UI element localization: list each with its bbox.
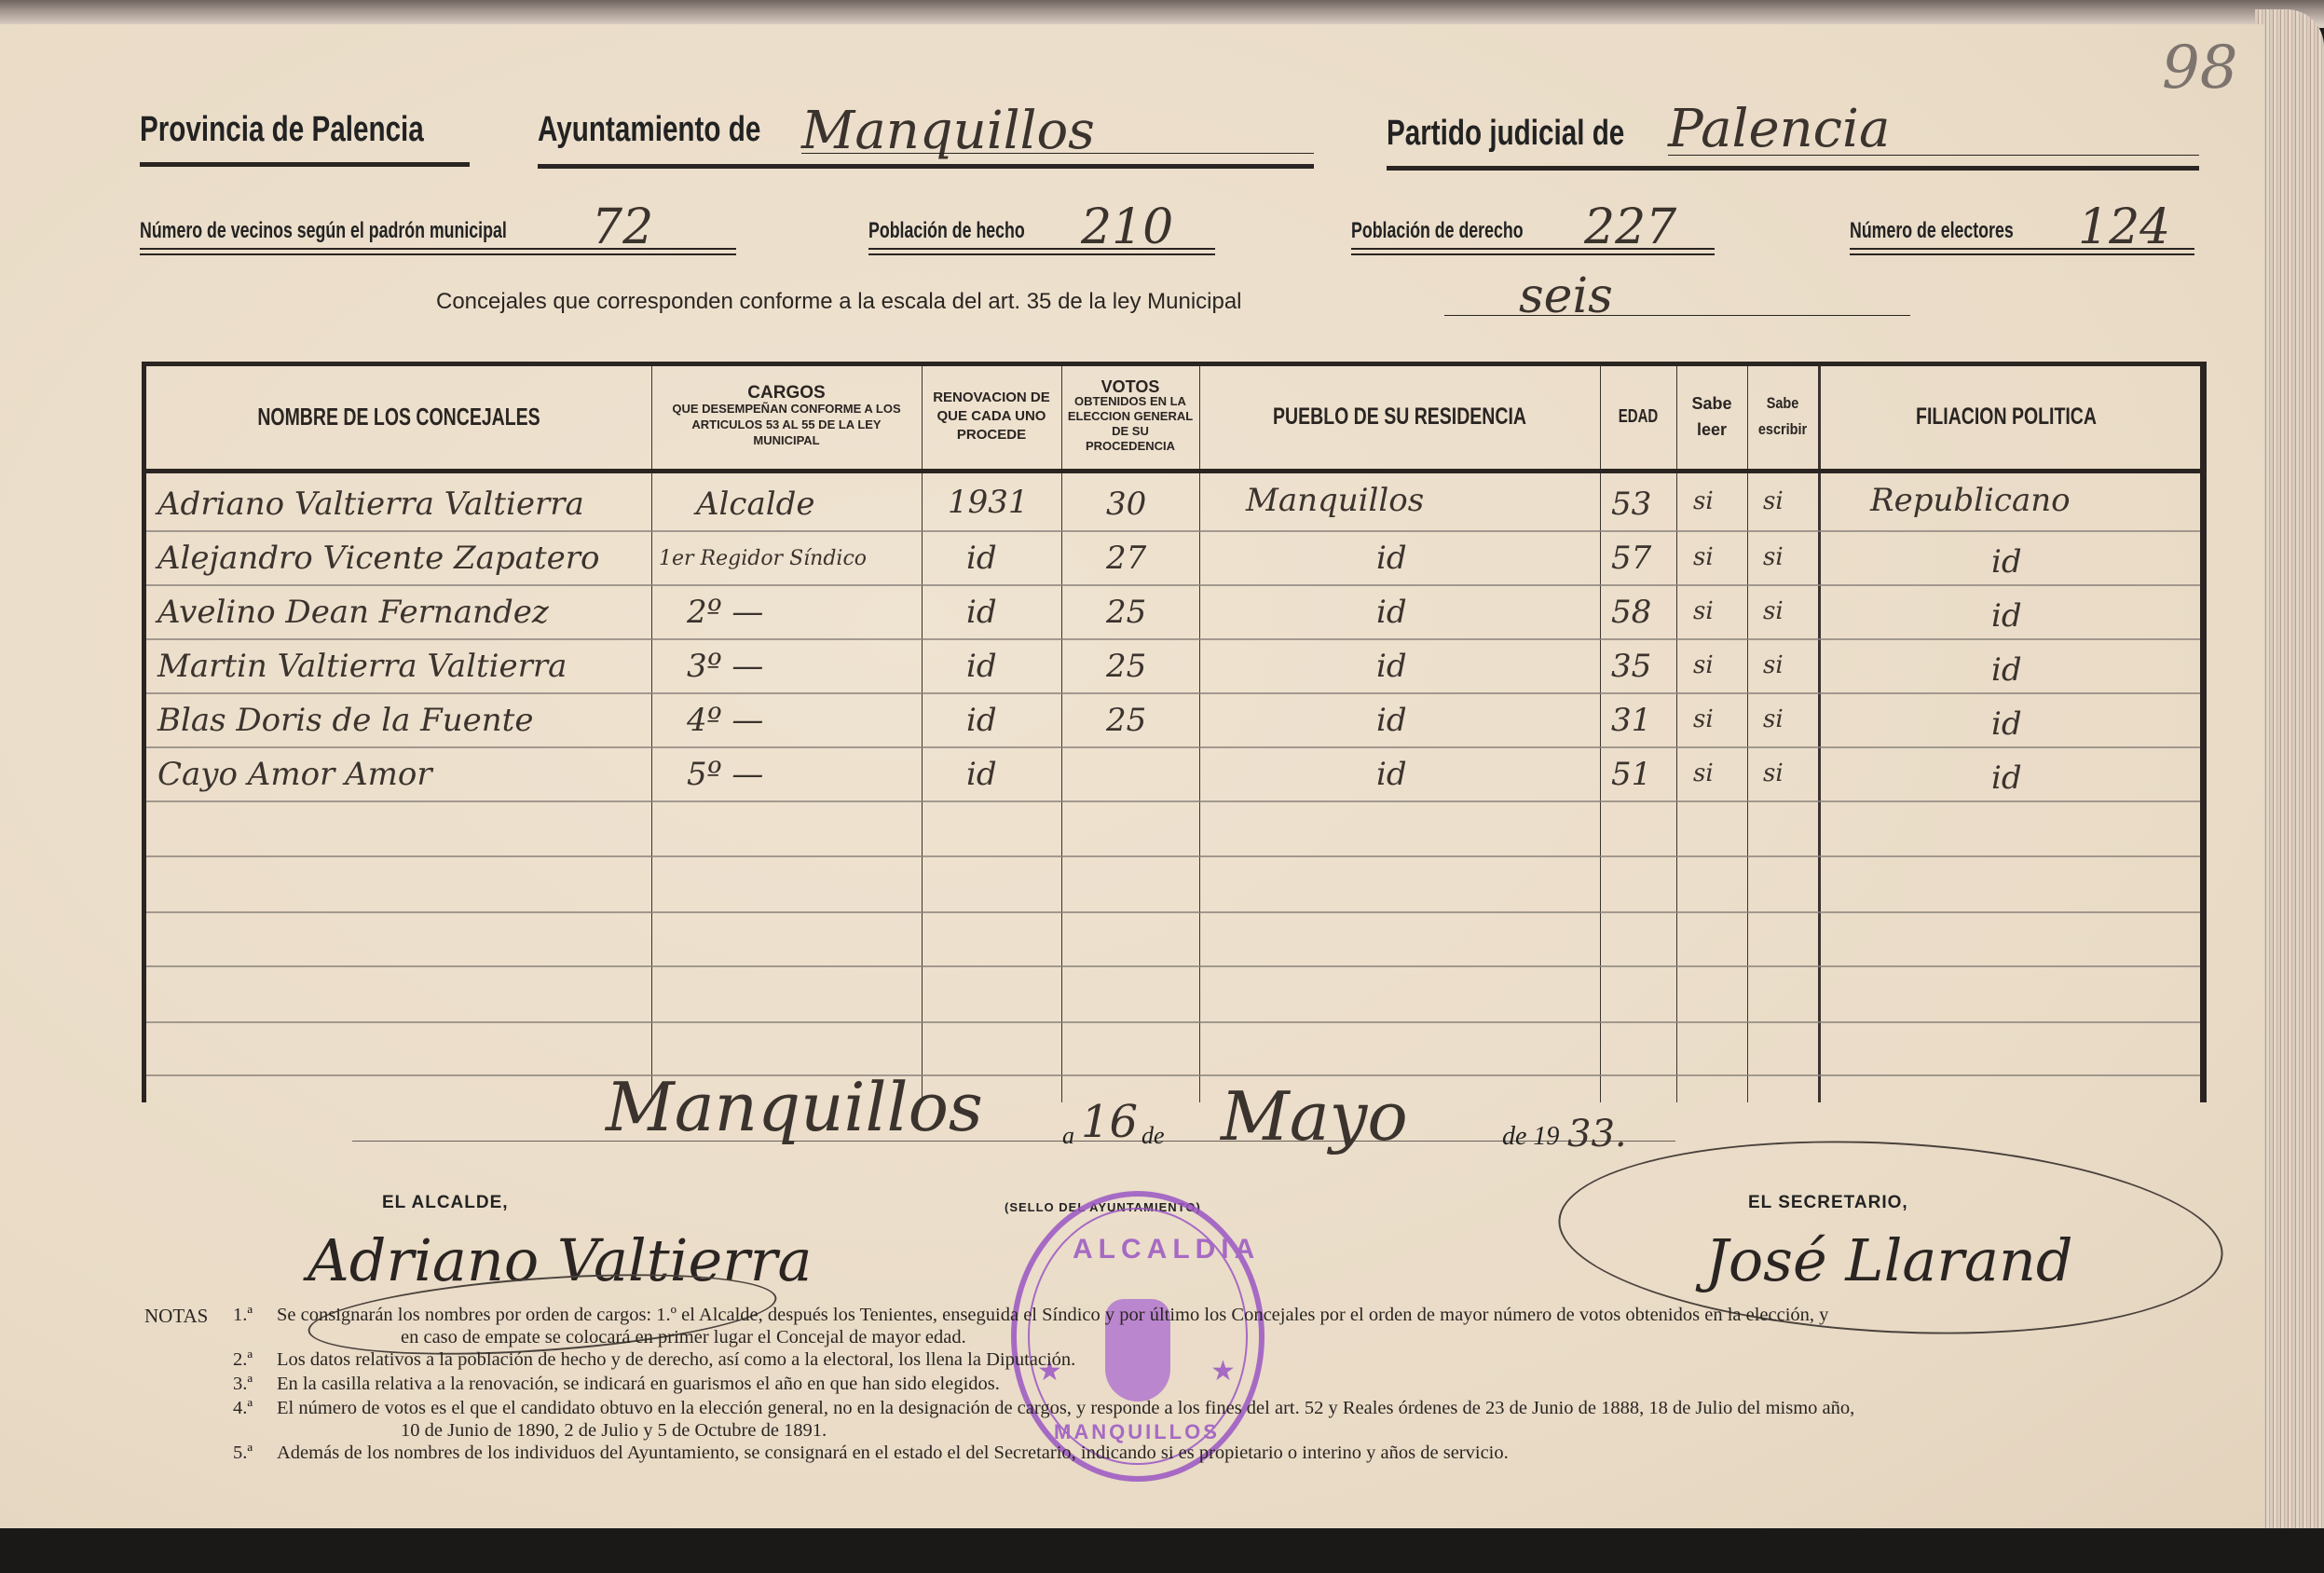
cell-edad: 51 <box>1611 756 1651 793</box>
concejales-value: seis <box>1519 268 1613 324</box>
col-header-renovacion: RENOVACION DE QUE CADA UNO PROCEDE <box>922 366 1061 467</box>
date-day: 16 <box>1081 1096 1138 1148</box>
cell-votos: 27 <box>1106 540 1146 577</box>
row-line <box>146 746 2200 748</box>
row-line <box>146 1021 2200 1023</box>
ayuntamiento-underline <box>538 164 1314 169</box>
cell-votos: 25 <box>1106 594 1146 631</box>
note-text: El número de votos es el que el candidat… <box>277 1398 1854 1419</box>
ayuntamiento-fill-line <box>801 153 1314 154</box>
row-line <box>146 692 2200 694</box>
vecinos-value: 72 <box>592 199 653 255</box>
header-bottom-bar <box>146 469 2200 473</box>
note-text-cont: en caso de empate se colocará en primer … <box>401 1327 966 1348</box>
cell-escribir: si <box>1763 543 1784 571</box>
note-text: Los datos relativos a la población de he… <box>277 1349 1075 1371</box>
alcalde-label: EL ALCALDE, <box>382 1193 509 1213</box>
cargos-title: CARGOS <box>747 385 825 401</box>
cell-filiacion: id <box>1991 597 2022 635</box>
star-icon: ★ <box>1210 1355 1236 1388</box>
concejales-fill-line <box>1444 315 1910 316</box>
cell-votos: 30 <box>1106 486 1146 523</box>
stamp-top-text: ALCALDIA <box>1073 1234 1260 1265</box>
cell-nombre: Blas Doris de la Fuente <box>157 702 533 739</box>
page-number: 98 <box>2162 34 2237 103</box>
cell-renovacion: id <box>966 648 997 685</box>
page-edges <box>2255 9 2324 1538</box>
col-header-cargos: CARGOS QUE DESEMPEÑAN CONFORME A LOS ART… <box>651 366 922 467</box>
cell-escribir: si <box>1763 487 1784 515</box>
background-surface <box>0 1528 2324 1573</box>
electores-rule-2 <box>1850 253 2194 255</box>
note-text: Se consignarán los nombres por orden de … <box>277 1305 1828 1326</box>
cell-filiacion: id <box>1991 543 2022 581</box>
derecho-rule-1 <box>1351 248 1715 250</box>
note-text: Además de los nombres de los individuos … <box>277 1443 1509 1464</box>
note-number: 5.ª <box>233 1443 253 1464</box>
row-line <box>146 530 2200 532</box>
cell-escribir: si <box>1763 759 1784 787</box>
cell-edad: 53 <box>1611 486 1651 523</box>
date-year-suffix: 33. <box>1567 1113 1627 1156</box>
col-line <box>1061 366 1062 1102</box>
electores-label: Número de electores <box>1850 218 2014 244</box>
cell-renovacion: id <box>966 702 997 739</box>
cell-leer: si <box>1693 651 1714 679</box>
poblacion-hecho-label: Población de hecho <box>868 218 1025 244</box>
row-line <box>146 800 2200 802</box>
row-line <box>146 1074 2200 1076</box>
vecinos-label: Número de vecinos según el padrón munici… <box>140 218 507 244</box>
cell-votos: 25 <box>1106 702 1146 739</box>
cell-nombre: Cayo Amor Amor <box>157 756 432 793</box>
cell-leer: si <box>1693 543 1714 571</box>
cell-renovacion: id <box>966 756 997 793</box>
cell-pueblo: Manquillos <box>1246 482 1424 519</box>
cell-cargo: 2º — <box>687 594 763 631</box>
ayuntamiento-stamp: ALCALDIA ★ ★ MANQUILLOS <box>1011 1191 1265 1482</box>
date-month: Mayo <box>1221 1077 1408 1156</box>
note-number: 1.ª <box>233 1305 253 1326</box>
poblacion-derecho-value: 227 <box>1584 199 1676 255</box>
cell-nombre: Adriano Valtierra Valtierra <box>157 486 584 523</box>
note-number: 4.ª <box>233 1398 253 1419</box>
partido-underline <box>1387 166 2199 171</box>
cell-pueblo: id <box>1376 540 1407 577</box>
document-page: 98 Provincia de Palencia Ayuntamiento de… <box>0 24 2264 1529</box>
cell-filiacion: id <box>1991 705 2022 743</box>
cell-leer: si <box>1693 597 1714 625</box>
poblacion-hecho-value: 210 <box>1081 199 1173 255</box>
concejales-table: NOMBRE DE LOS CONCEJALES CARGOS QUE DESE… <box>142 362 2207 1102</box>
poblacion-derecho-label: Población de derecho <box>1351 218 1524 244</box>
cell-renovacion: 1931 <box>948 484 1029 521</box>
hecho-rule-2 <box>868 253 1215 255</box>
cell-nombre: Avelino Dean Fernandez <box>157 594 549 631</box>
notes-label: NOTAS <box>144 1305 208 1328</box>
cell-cargo: 5º — <box>687 756 763 793</box>
cell-nombre: Martin Valtierra Valtierra <box>157 648 567 685</box>
cell-nombre: Alejandro Vicente Zapatero <box>157 540 599 577</box>
cell-escribir: si <box>1763 651 1784 679</box>
cell-pueblo: id <box>1376 648 1407 685</box>
col-line <box>1747 366 1748 1102</box>
votos-subtitle: OBTENIDOS EN LA ELECCION GENERAL DE SU P… <box>1061 394 1199 454</box>
col-line <box>1199 366 1200 1102</box>
cell-pueblo: id <box>1376 702 1407 739</box>
vecinos-rule-2 <box>140 253 736 255</box>
col-header-edad: EDAD <box>1609 366 1667 467</box>
provincia-label: Provincia de Palencia <box>140 110 424 150</box>
cell-edad: 57 <box>1611 540 1651 577</box>
cell-pueblo: id <box>1376 756 1407 793</box>
col-line <box>1600 366 1601 1102</box>
note-number: 3.ª <box>233 1374 253 1395</box>
cell-votos: 25 <box>1106 648 1146 685</box>
partido-value: Palencia <box>1668 99 1890 159</box>
date-rule <box>352 1141 1675 1142</box>
date-de-label: de <box>1141 1122 1165 1150</box>
cargos-subtitle: QUE DESEMPEÑAN CONFORME A LOS ARTICULOS … <box>651 401 922 448</box>
cell-cargo: 1er Regidor Síndico <box>659 547 867 570</box>
col-line <box>651 366 652 1102</box>
col-line <box>1818 366 1821 1102</box>
col-line <box>1676 366 1677 1102</box>
row-line <box>146 855 2200 857</box>
cell-filiacion: id <box>1991 759 2022 797</box>
row-line <box>146 965 2200 967</box>
votos-title: VOTOS <box>1101 379 1160 394</box>
cell-filiacion: id <box>1991 651 2022 689</box>
col-header-pueblo: PUEBLO DE SU RESIDENCIA <box>1243 366 1555 467</box>
col-line <box>922 366 923 1102</box>
cell-cargo: Alcalde <box>696 486 815 523</box>
partido-fill-line <box>1668 155 2199 156</box>
derecho-rule-2 <box>1351 253 1715 255</box>
stamp-bottom-text: MANQUILLOS <box>1054 1420 1220 1444</box>
provincia-underline <box>140 162 470 167</box>
secretario-signature: José Llarand <box>1705 1226 2073 1294</box>
cell-filiacion: Republicano <box>1870 482 2071 519</box>
cell-cargo: 3º — <box>687 648 763 685</box>
cell-edad: 35 <box>1611 648 1651 685</box>
col-header-filiacion: FILIACION POLITICA <box>1861 366 2152 467</box>
date-year-prefix: de 19 <box>1502 1122 1559 1152</box>
row-line <box>146 911 2200 913</box>
cell-leer: si <box>1693 705 1714 733</box>
cell-leer: si <box>1693 759 1714 787</box>
col-header-nombre: NOMBRE DE LOS CONCEJALES <box>210 366 589 467</box>
row-line <box>146 584 2200 586</box>
col-header-leer: Sabe leer <box>1676 366 1747 467</box>
cell-cargo: 4º — <box>687 702 763 739</box>
partido-label: Partido judicial de <box>1387 114 1624 154</box>
concejales-label: Concejales que corresponden conforme a l… <box>436 289 1242 315</box>
col-header-votos: VOTOS OBTENIDOS EN LA ELECCION GENERAL D… <box>1061 366 1199 467</box>
cell-edad: 58 <box>1611 594 1651 631</box>
date-place: Manquillos <box>606 1068 983 1146</box>
cell-leer: si <box>1693 487 1714 515</box>
vecinos-rule-1 <box>140 248 736 250</box>
cell-renovacion: id <box>966 540 997 577</box>
electores-value: 124 <box>2078 199 2170 255</box>
ayuntamiento-label: Ayuntamiento de <box>538 110 760 150</box>
cell-escribir: si <box>1763 597 1784 625</box>
cell-escribir: si <box>1763 705 1784 733</box>
note-number: 2.ª <box>233 1349 253 1371</box>
note-text: En la casilla relativa a la renovación, … <box>277 1374 1000 1395</box>
note-text-cont: 10 de Junio de 1890, 2 de Julio y 5 de O… <box>401 1420 827 1442</box>
cell-renovacion: id <box>966 594 997 631</box>
cell-pueblo: id <box>1376 594 1407 631</box>
electores-rule-1 <box>1850 248 2194 250</box>
cell-edad: 31 <box>1611 702 1651 739</box>
hecho-rule-1 <box>868 248 1215 250</box>
row-line <box>146 638 2200 640</box>
date-a-label: a <box>1062 1122 1074 1150</box>
col-header-escribir: Sabe escribir <box>1753 366 1813 467</box>
